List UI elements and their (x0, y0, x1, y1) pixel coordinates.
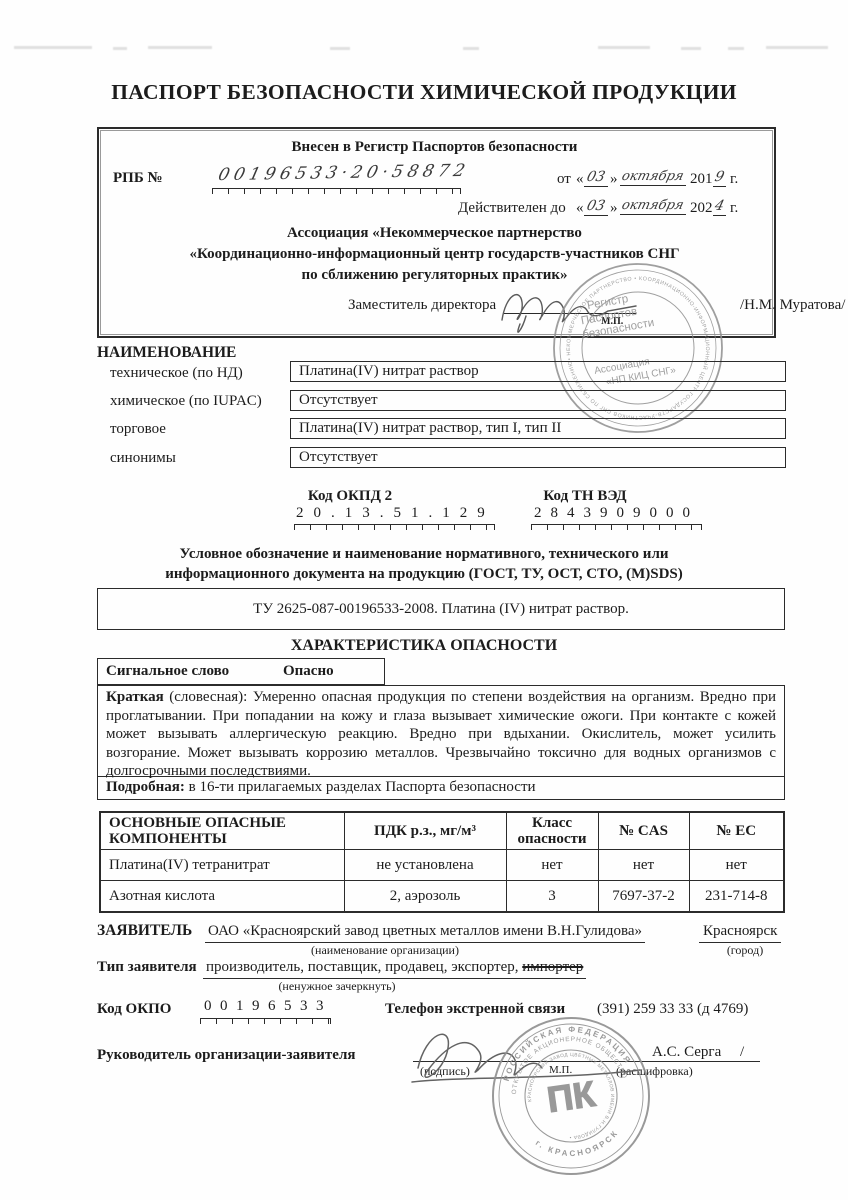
applicant-label: ЗАЯВИТЕЛЬ (97, 922, 192, 940)
okpo-value: 00196533 (204, 998, 332, 1015)
cell-cas: нет (598, 850, 689, 881)
col-header-components: ОСНОВНЫЕ ОПАСНЫЕ КОМПОНЕНТЫ (100, 812, 344, 850)
date-to-month: октября (620, 196, 686, 215)
applicant-city: Красноярск (699, 922, 781, 943)
table-row: Платина(IV) тетранитрат не установлена н… (100, 850, 784, 881)
hazard-detail-text: в 16-ти прилагаемых разделах Паспорта бе… (185, 779, 536, 795)
scan-artifact (681, 47, 701, 50)
cell-component-name: Платина(IV) тетранитрат (100, 850, 344, 881)
city-caption: (город) (700, 943, 790, 958)
components-table: ОСНОВНЫЕ ОПАСНЫЕ КОМПОНЕНТЫ ПДК р.з., мг… (99, 811, 785, 913)
naming-label-chemical: химическое (по IUPAC) (110, 392, 262, 411)
head-of-organization-label: Руководитель организации-заявителя (97, 1046, 356, 1065)
naming-label-technical: техническое (по НД) (110, 364, 243, 383)
deputy-name: /Н.М. Муратова/ (740, 296, 845, 315)
quote-close: » (610, 170, 618, 189)
registry-heading: Внесен в Регистр Паспортов безопасности (97, 139, 772, 156)
okpo-label: Код ОКПО (97, 1000, 171, 1019)
cell-ec: 231-714-8 (689, 881, 784, 913)
cell-ec: нет (689, 850, 784, 881)
naming-value: Отсутствует (291, 392, 378, 408)
rpb-comb-rail (212, 188, 461, 194)
components-table-header-row: ОСНОВНЫЕ ОПАСНЫЕ КОМПОНЕНТЫ ПДК р.з., мг… (100, 812, 784, 850)
organization-caption: (наименование организации) (270, 943, 500, 958)
applicant-type-label: Тип заявителя (97, 958, 197, 977)
date-from-label: от (557, 170, 571, 189)
quote-open: « (576, 199, 584, 218)
hazard-brief-text: (словесная): Умеренно опасная продукция … (106, 689, 776, 779)
normative-heading-line2: информационного документа на продукцию (… (0, 566, 848, 583)
naming-value: Отсутствует (291, 449, 378, 465)
okpd-comb-rail (294, 524, 495, 530)
scan-artifact (14, 46, 92, 49)
scan-artifact (330, 47, 350, 50)
normative-heading-line1: Условное обозначение и наименование норм… (0, 546, 848, 563)
normative-document-value: ТУ 2625-087-00196533-2008. Платина (IV) … (98, 600, 784, 619)
naming-value: Платина(IV) нитрат раствор, тип I, тип I… (291, 420, 561, 436)
date-from-year-printed: 201 (690, 170, 713, 189)
signal-word-value: Опасно (283, 662, 334, 681)
naming-field-trade: Платина(IV) нитрат раствор, тип I, тип I… (290, 418, 786, 439)
registry-stamp: • НЕКОММЕРЧЕСКОЕ ПАРТНЕРСТВО • КООРДИНАЦ… (543, 253, 733, 443)
cell-hazard-class: 3 (506, 881, 598, 913)
okpd-code-value: 20.13.51.129 (296, 505, 495, 522)
signal-word-box: Сигнальное слово Опасно (97, 658, 385, 685)
naming-field-technical: Платина(IV) нитрат раствор (290, 361, 786, 382)
date-to-day: 03 (584, 197, 608, 216)
scan-artifact (598, 46, 650, 49)
date-from-day: 03 (584, 168, 608, 187)
hazard-description-box: Краткая (словесная): Умеренно опасная пр… (97, 685, 785, 800)
hazard-brief-description: Краткая (словесная): Умеренно опасная пр… (98, 686, 784, 776)
scan-artifact (766, 46, 828, 49)
naming-label-synonyms: синонимы (110, 449, 176, 468)
year-suffix: г. (730, 170, 738, 189)
hazard-brief-label: Краткая (106, 689, 164, 705)
cell-cas: 7697-37-2 (598, 881, 689, 913)
naming-field-synonyms: Отсутствует (290, 447, 786, 468)
applicant-type-value: производитель, поставщик, продавец, эксп… (203, 958, 586, 979)
cell-hazard-class: нет (506, 850, 598, 881)
okpo-comb-rail (200, 1018, 331, 1024)
deputy-director-label: Заместитель директора (348, 296, 496, 315)
hazard-detail-label: Подробная: (106, 779, 185, 795)
factory-stamp-ring-bottom: г. КРАСНОЯРСК (533, 1127, 623, 1164)
naming-value: Платина(IV) нитрат раствор (291, 363, 479, 379)
rpb-number-label: РПБ № (113, 169, 163, 188)
head-name: А.С. Серга (652, 1043, 721, 1062)
factory-stamp: РОССИЙСКАЯ ФЕДЕРАЦИЯ ОТКРЫТОЕ АКЦИОНЕРНО… (481, 1006, 661, 1186)
quote-open: « (576, 170, 584, 189)
cell-pdk: не установлена (344, 850, 506, 881)
scan-artifact (728, 47, 744, 50)
naming-label-trade: торговое (110, 420, 166, 439)
date-to-year-hand: 4 (713, 197, 726, 216)
normative-document-box: ТУ 2625-087-00196533-2008. Платина (IV) … (97, 588, 785, 630)
cell-component-name: Азотная кислота (100, 881, 344, 913)
date-from-year-hand: 9 (713, 168, 726, 187)
cell-pdk: 2, аэрозоль (344, 881, 506, 913)
signal-word-label: Сигнальное слово (106, 662, 229, 681)
document-title: ПАСПОРТ БЕЗОПАСНОСТИ ХИМИЧЕСКОЙ ПРОДУКЦИ… (0, 80, 848, 105)
naming-field-chemical: Отсутствует (290, 390, 786, 411)
col-header-cas: № CAS (598, 812, 689, 850)
table-row: Азотная кислота 2, аэрозоль 3 7697-37-2 … (100, 881, 784, 913)
scan-artifact (148, 46, 212, 49)
naming-heading: НАИМЕНОВАНИЕ (97, 344, 236, 362)
year-suffix: г. (730, 199, 738, 218)
hazard-detail-description: Подробная: в 16-ти прилагаемых разделах … (98, 776, 784, 797)
valid-until-label: Действителен до (458, 199, 566, 218)
safety-data-sheet-page: ПАСПОРТ БЕЗОПАСНОСТИ ХИМИЧЕСКОЙ ПРОДУКЦИ… (0, 0, 848, 1200)
scan-artifact (113, 47, 127, 50)
applicant-organization: ОАО «Красноярский завод цветных металлов… (205, 922, 645, 943)
hazard-heading: ХАРАКТЕРИСТИКА ОПАСНОСТИ (0, 637, 848, 655)
tnved-code-value: 2843909000 (534, 505, 699, 522)
date-from-month: октября (620, 167, 686, 186)
type-caption: (ненужное зачеркнуть) (262, 979, 412, 994)
col-header-ec: № ЕС (689, 812, 784, 850)
svg-text:г. КРАСНОЯРСК: г. КРАСНОЯРСК (533, 1127, 623, 1164)
okpd-code-label: Код ОКПД 2 (290, 488, 410, 505)
tnved-comb-rail (531, 524, 702, 530)
date-to-year-printed: 202 (690, 199, 713, 218)
col-header-hazard-class: Класс опасности (506, 812, 598, 850)
association-line: Ассоциация «Некоммерческое партнерство (97, 225, 772, 242)
tnved-code-label: Код ТН ВЭД (525, 488, 645, 505)
quote-close: » (610, 199, 618, 218)
factory-stamp-monogram: ПК (545, 1073, 599, 1120)
scan-artifact (463, 47, 479, 50)
head-name-separator: / (740, 1043, 744, 1062)
col-header-pdk: ПДК р.з., мг/м³ (344, 812, 506, 850)
applicant-type-struck: импортер (522, 959, 583, 975)
